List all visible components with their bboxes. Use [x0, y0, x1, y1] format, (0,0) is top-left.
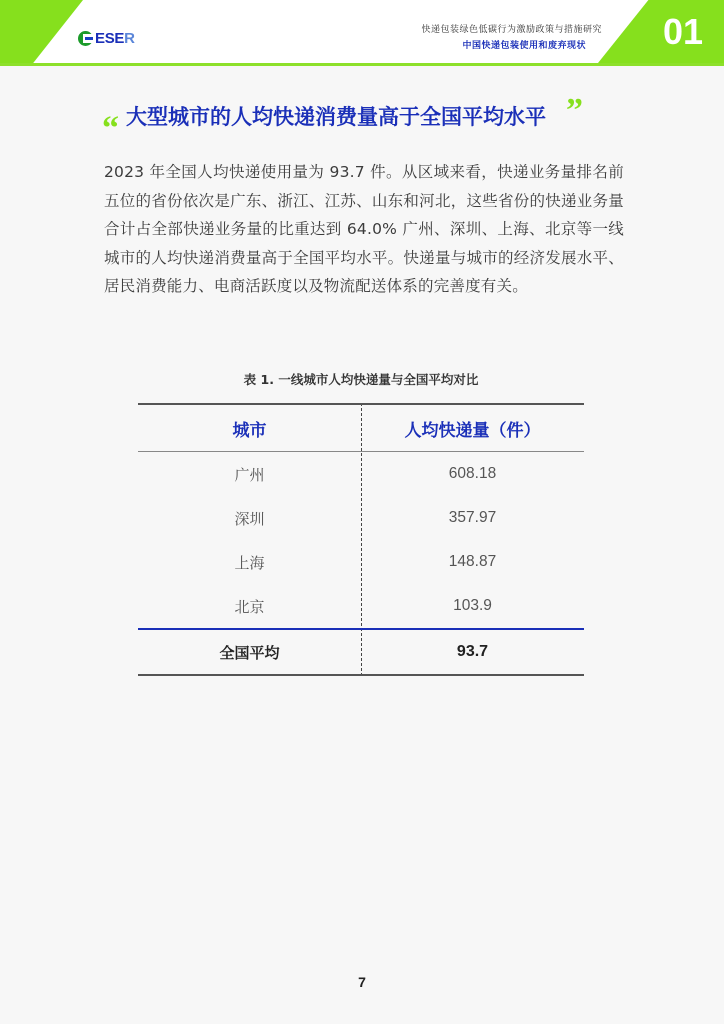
table-caption: 表 1. 一线城市人均快递量与全国平均对比: [138, 370, 584, 388]
table-header-row: 城市 人均快递量（件）: [138, 403, 584, 452]
logo-text: ESER: [95, 30, 135, 47]
open-quote-icon: “: [102, 112, 119, 146]
table-row: 深圳 357.97: [138, 496, 584, 540]
table-row: 北京 103.9: [138, 584, 584, 628]
eser-logo: ESER: [78, 28, 135, 48]
table-row: 上海 148.87: [138, 540, 584, 584]
total-value-cell: 93.7: [361, 643, 584, 661]
comparison-table: 城市 人均快递量（件） 广州 608.18 深圳 357.97 上海 148.8…: [138, 403, 584, 676]
page-number: 7: [0, 974, 724, 990]
close-quote-icon: ”: [566, 94, 583, 128]
city-cell: 北京: [138, 596, 361, 617]
table-total-row: 全国平均 93.7: [138, 628, 584, 676]
table-row: 广州 608.18: [138, 452, 584, 496]
value-cell: 608.18: [361, 465, 584, 483]
headline-block: “ 大型城市的人均快递消费量高于全国平均水平 ”: [102, 98, 602, 138]
column-header-city: 城市: [138, 416, 361, 441]
logo-mark-icon: [78, 31, 93, 46]
chapter-number: 01: [650, 10, 716, 54]
headline: 大型城市的人均快递消费量高于全国平均水平: [126, 102, 546, 132]
city-cell: 广州: [138, 464, 361, 485]
report-title: 快递包装绿色低碳行为激励政策与措施研究: [421, 22, 602, 35]
value-cell: 148.87: [361, 553, 584, 571]
body-paragraph: 2023 年全国人均快递使用量为 93.7 件。从区域来看，快递业务量排名前五位…: [104, 158, 624, 301]
header-divider: [0, 63, 724, 66]
value-cell: 103.9: [361, 597, 584, 615]
city-cell: 上海: [138, 552, 361, 573]
column-header-per-capita: 人均快递量（件）: [361, 416, 584, 441]
value-cell: 357.97: [361, 509, 584, 527]
city-cell: 深圳: [138, 508, 361, 529]
total-label-cell: 全国平均: [138, 642, 361, 663]
section-title: 中国快递包装使用和废弃现状: [462, 38, 586, 51]
